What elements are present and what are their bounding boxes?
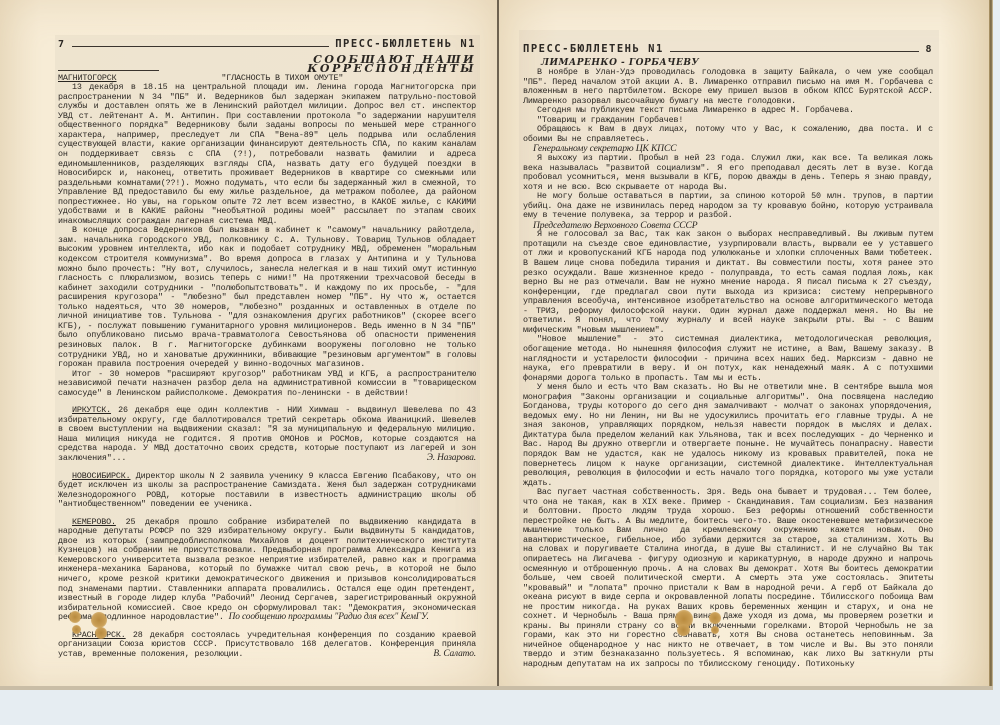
report-paragraph: 13 декабря в 18.15 на центральной площад… (58, 83, 476, 226)
section-rule (58, 69, 159, 71)
stain (677, 624, 690, 636)
report-city: НОВОСИБИРСК. (72, 471, 131, 481)
stain (69, 611, 81, 623)
section-title: СООБЩАЮТ НАШИ КОРРЕСПОНДЕНТЫ (165, 55, 476, 74)
letter-paragraph: Вас пугает частная собственность. Зря. В… (523, 488, 933, 669)
report-novosibirsk: НОВОСИБИРСК. Директор школы N 2 заявила … (58, 472, 476, 510)
report-paragraph: Итог - 30 номеров "расширяют кругозор" р… (58, 370, 476, 399)
right-page: ПРЕСС-БЮЛЛЕТЕНЬ N1 8 ЛИМАРЕНКО - ГОРБАЧЕ… (499, 0, 989, 688)
report-signature: По сообщению программы "Радио для всех" … (229, 612, 429, 622)
report-city: ИРКУТСК. (72, 405, 111, 415)
letter-paragraph: Не могу больше оставаться в партии, за с… (523, 192, 933, 221)
left-page-text: 7 ПРЕСС-БЮЛЛЕТЕНЬ N1 СООБЩАЮТ НАШИ КОРРЕ… (58, 40, 476, 659)
header-rule (72, 45, 330, 47)
report-text: 25 декабря прошло собрание избирателей п… (58, 517, 476, 622)
left-page-header: 7 ПРЕСС-БЮЛЛЕТЕНЬ N1 (58, 40, 476, 50)
bulletin-title: ПРЕСС-БЮЛЛЕТЕНЬ N1 (523, 45, 664, 55)
letter-paragraph: Я выхожу из партии. Пробыл в ней 23 года… (523, 154, 933, 192)
stain (711, 626, 719, 634)
report-kemerovo: КЕМЕРОВО. 25 декабря прошло собрание изб… (58, 518, 476, 623)
report-irkutsk: ИРКУТСК. 26 декабря еще один коллектив -… (58, 406, 476, 463)
stain (72, 625, 81, 634)
intro-paragraph: В ноябре в Улан-Удэ проводилась голодовк… (523, 68, 933, 106)
letter-paragraph: Я не голосовал за Вас, так как закон о в… (523, 230, 933, 335)
document-spread: 7 ПРЕСС-БЮЛЛЕТЕНЬ N1 СООБЩАЮТ НАШИ КОРРЕ… (0, 0, 1000, 690)
report-magnitogorsk: МАГНИТОГОРСК "ГЛАСНОСТЬ В ТИХОМ ОМУТЕ" 1… (58, 74, 476, 399)
report-krasnoyarsk: КРАСНОЯРСК. 28 декабря состоялась учреди… (58, 631, 476, 660)
page-bottom-edge (0, 686, 993, 690)
bulletin-title: ПРЕСС-БЮЛЛЕТЕНЬ N1 (335, 40, 476, 50)
report-city: МАГНИТОГОРСК (58, 73, 117, 83)
letter-paragraph: У меня было и есть что Вам сказать. Но В… (523, 383, 933, 488)
report-headline: "ГЛАСНОСТЬ В ТИХОМ ОМУТЕ" (221, 73, 343, 83)
left-page: 7 ПРЕСС-БЮЛЛЕТЕНЬ N1 СООБЩАЮТ НАШИ КОРРЕ… (0, 0, 497, 688)
report-signature: В. Салато. (419, 650, 476, 660)
letter-paragraph: "Новое мышление" - это системная диалект… (523, 335, 933, 383)
right-page-header: ПРЕСС-БЮЛЛЕТЕНЬ N1 8 (523, 45, 933, 55)
page-number: 7 (58, 40, 66, 50)
page-number: 8 (925, 45, 933, 55)
section-header: СООБЩАЮТ НАШИ КОРРЕСПОНДЕНТЫ (58, 54, 476, 74)
stain (709, 612, 721, 624)
report-city: КЕМЕРОВО. (72, 517, 116, 527)
header-rule (670, 50, 920, 52)
stain (91, 612, 107, 628)
right-page-text: ПРЕСС-БЮЛЛЕТЕНЬ N1 8 ЛИМАРЕНКО - ГОРБАЧЕ… (523, 45, 933, 670)
report-signature: Э. Назарова. (413, 454, 476, 464)
intro-paragraph: Обращаюсь к Вам в двух лицах, потому что… (523, 125, 933, 144)
page-edge (989, 0, 993, 690)
report-paragraph: В конце допроса Ведерников был вызван в … (58, 226, 476, 369)
stain (95, 627, 107, 639)
